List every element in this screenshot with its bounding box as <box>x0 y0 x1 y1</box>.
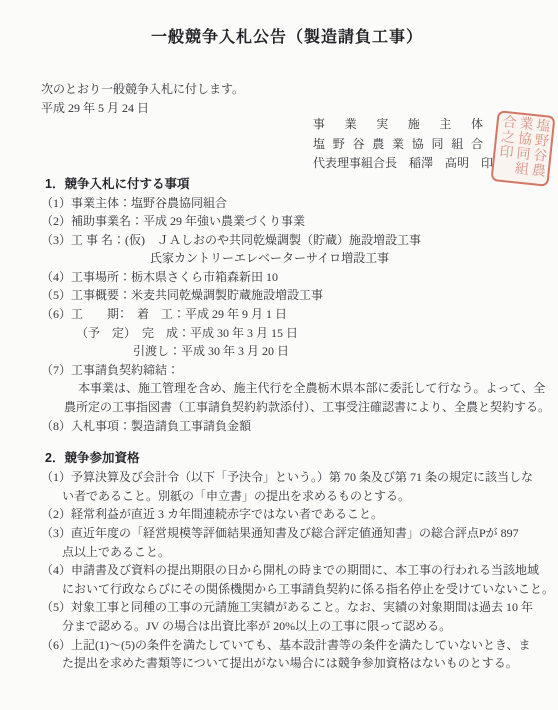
qualification-5-line2: 分まで認める。JV の場合は出資比率が 20%以上の工事に限って認める。 <box>41 617 533 636</box>
item-construction-period-start: （6）工 期： 着 工：平成 29 年 9 月 1 日 <box>41 305 533 324</box>
intro-sentence: 次のとおり一般競争入札に付します。 <box>41 80 533 99</box>
item-contract-conclusion-body1: 本事業は、施工管理を含め、施主代行を全農栃木県本部に委託して行なう。よって、全 <box>41 379 533 398</box>
item-construction-period-handover: 引渡し：平成 30 年 3 月 20 日 <box>41 342 533 361</box>
item-contract-conclusion-body2: 農所定の工事指図書（工事請負契約約款添付）、工事受注確認書により、全農と契約する… <box>41 398 533 417</box>
issuer-role-label: 事 業 実 施 主 体 <box>313 115 483 135</box>
item-subsidy-project-name: （2）補助事業名：平成 29 年強い農業づくり事業 <box>41 212 533 231</box>
qualification-5: （5）対象工事と同種の工事の元請施工実績があること。なお、実績の対象期間は過去 … <box>41 598 533 617</box>
red-seal-stamp-icon: 塩野谷農業協同組合之印 <box>490 110 555 187</box>
section-2-heading: 2．競争参加資格 <box>45 449 533 468</box>
item-construction-name-line2: 氏家カントリーエレベーターサイロ増設工事 <box>41 249 533 268</box>
item-contract-conclusion: （7）工事請負契約締結： <box>41 361 533 380</box>
qualification-1-line2: い者であること。別紙の「申立書」の提出を求めるものとする。 <box>41 487 533 506</box>
item-construction-site: （4）工事場所：栃木県さくら市箱森新田 10 <box>41 268 533 287</box>
qualification-4-line2: において行政ならびにその関係機関から工事請負契約に係る指名停止を受けていないこと… <box>41 580 533 599</box>
item-construction-outline: （5）工事概要：米麦共同乾燥調製貯蔵施設増設工事 <box>41 286 533 305</box>
qualification-6-line2: た提出を求めた書類等について提出がない場合には競争参加資格はないものとする。 <box>41 654 533 673</box>
section-1-heading: 1．競争入札に付する事項 <box>45 175 533 194</box>
qualification-3: （3）直近年度の「経営規模等評価結果通知書及び総合評定値通知書」の総合評点Pが … <box>41 524 533 543</box>
document-title: 一般競争入札公告（製造請負工事） <box>41 27 533 49</box>
qualification-1: （1）予算決算及び会計令（以下「予決令」という。）第 70 条及び第 71 条の… <box>41 468 533 487</box>
item-construction-name: （3）工 事 名：(仮) ＪＡしおのや共同乾燥調製（貯蔵）施設増設工事 <box>41 231 533 250</box>
issuer-block: 事 業 実 施 主 体 塩 野 谷 農 業 協 同 組 合 代表理事組合長 稲澤… <box>313 115 483 174</box>
item-business-entity: （1）事業主体：塩野谷農協同組合 <box>41 194 533 213</box>
tender-announcement-document: 一般競争入札公告（製造請負工事） 次のとおり一般競争入札に付します。 平成 29… <box>0 0 558 710</box>
issuer-organization-name: 塩 野 谷 農 業 協 同 組 合 <box>313 135 483 155</box>
issuer-representative: 代表理事組合長 稲澤 高明 印 <box>313 154 483 174</box>
qualification-2: （2）経常利益が直近 3 カ年間連続赤字ではない者であること。 <box>41 505 533 524</box>
item-construction-period-completion: （予 定） 完 成：平成 30 年 3 月 15 日 <box>41 324 533 343</box>
qualification-4: （4）申請書及び資料の提出期限の日から開札の時までの期間に、本工事の行われる当該… <box>41 561 533 580</box>
qualification-3-line2: 点以上であること。 <box>41 543 533 562</box>
item-bid-matter: （8）入札事項：製造請負工事請負金額 <box>41 417 533 436</box>
qualification-6: （6）上記(1)～(5)の条件を満たしていても、基本設計書等の条件を満たしていな… <box>41 636 533 655</box>
